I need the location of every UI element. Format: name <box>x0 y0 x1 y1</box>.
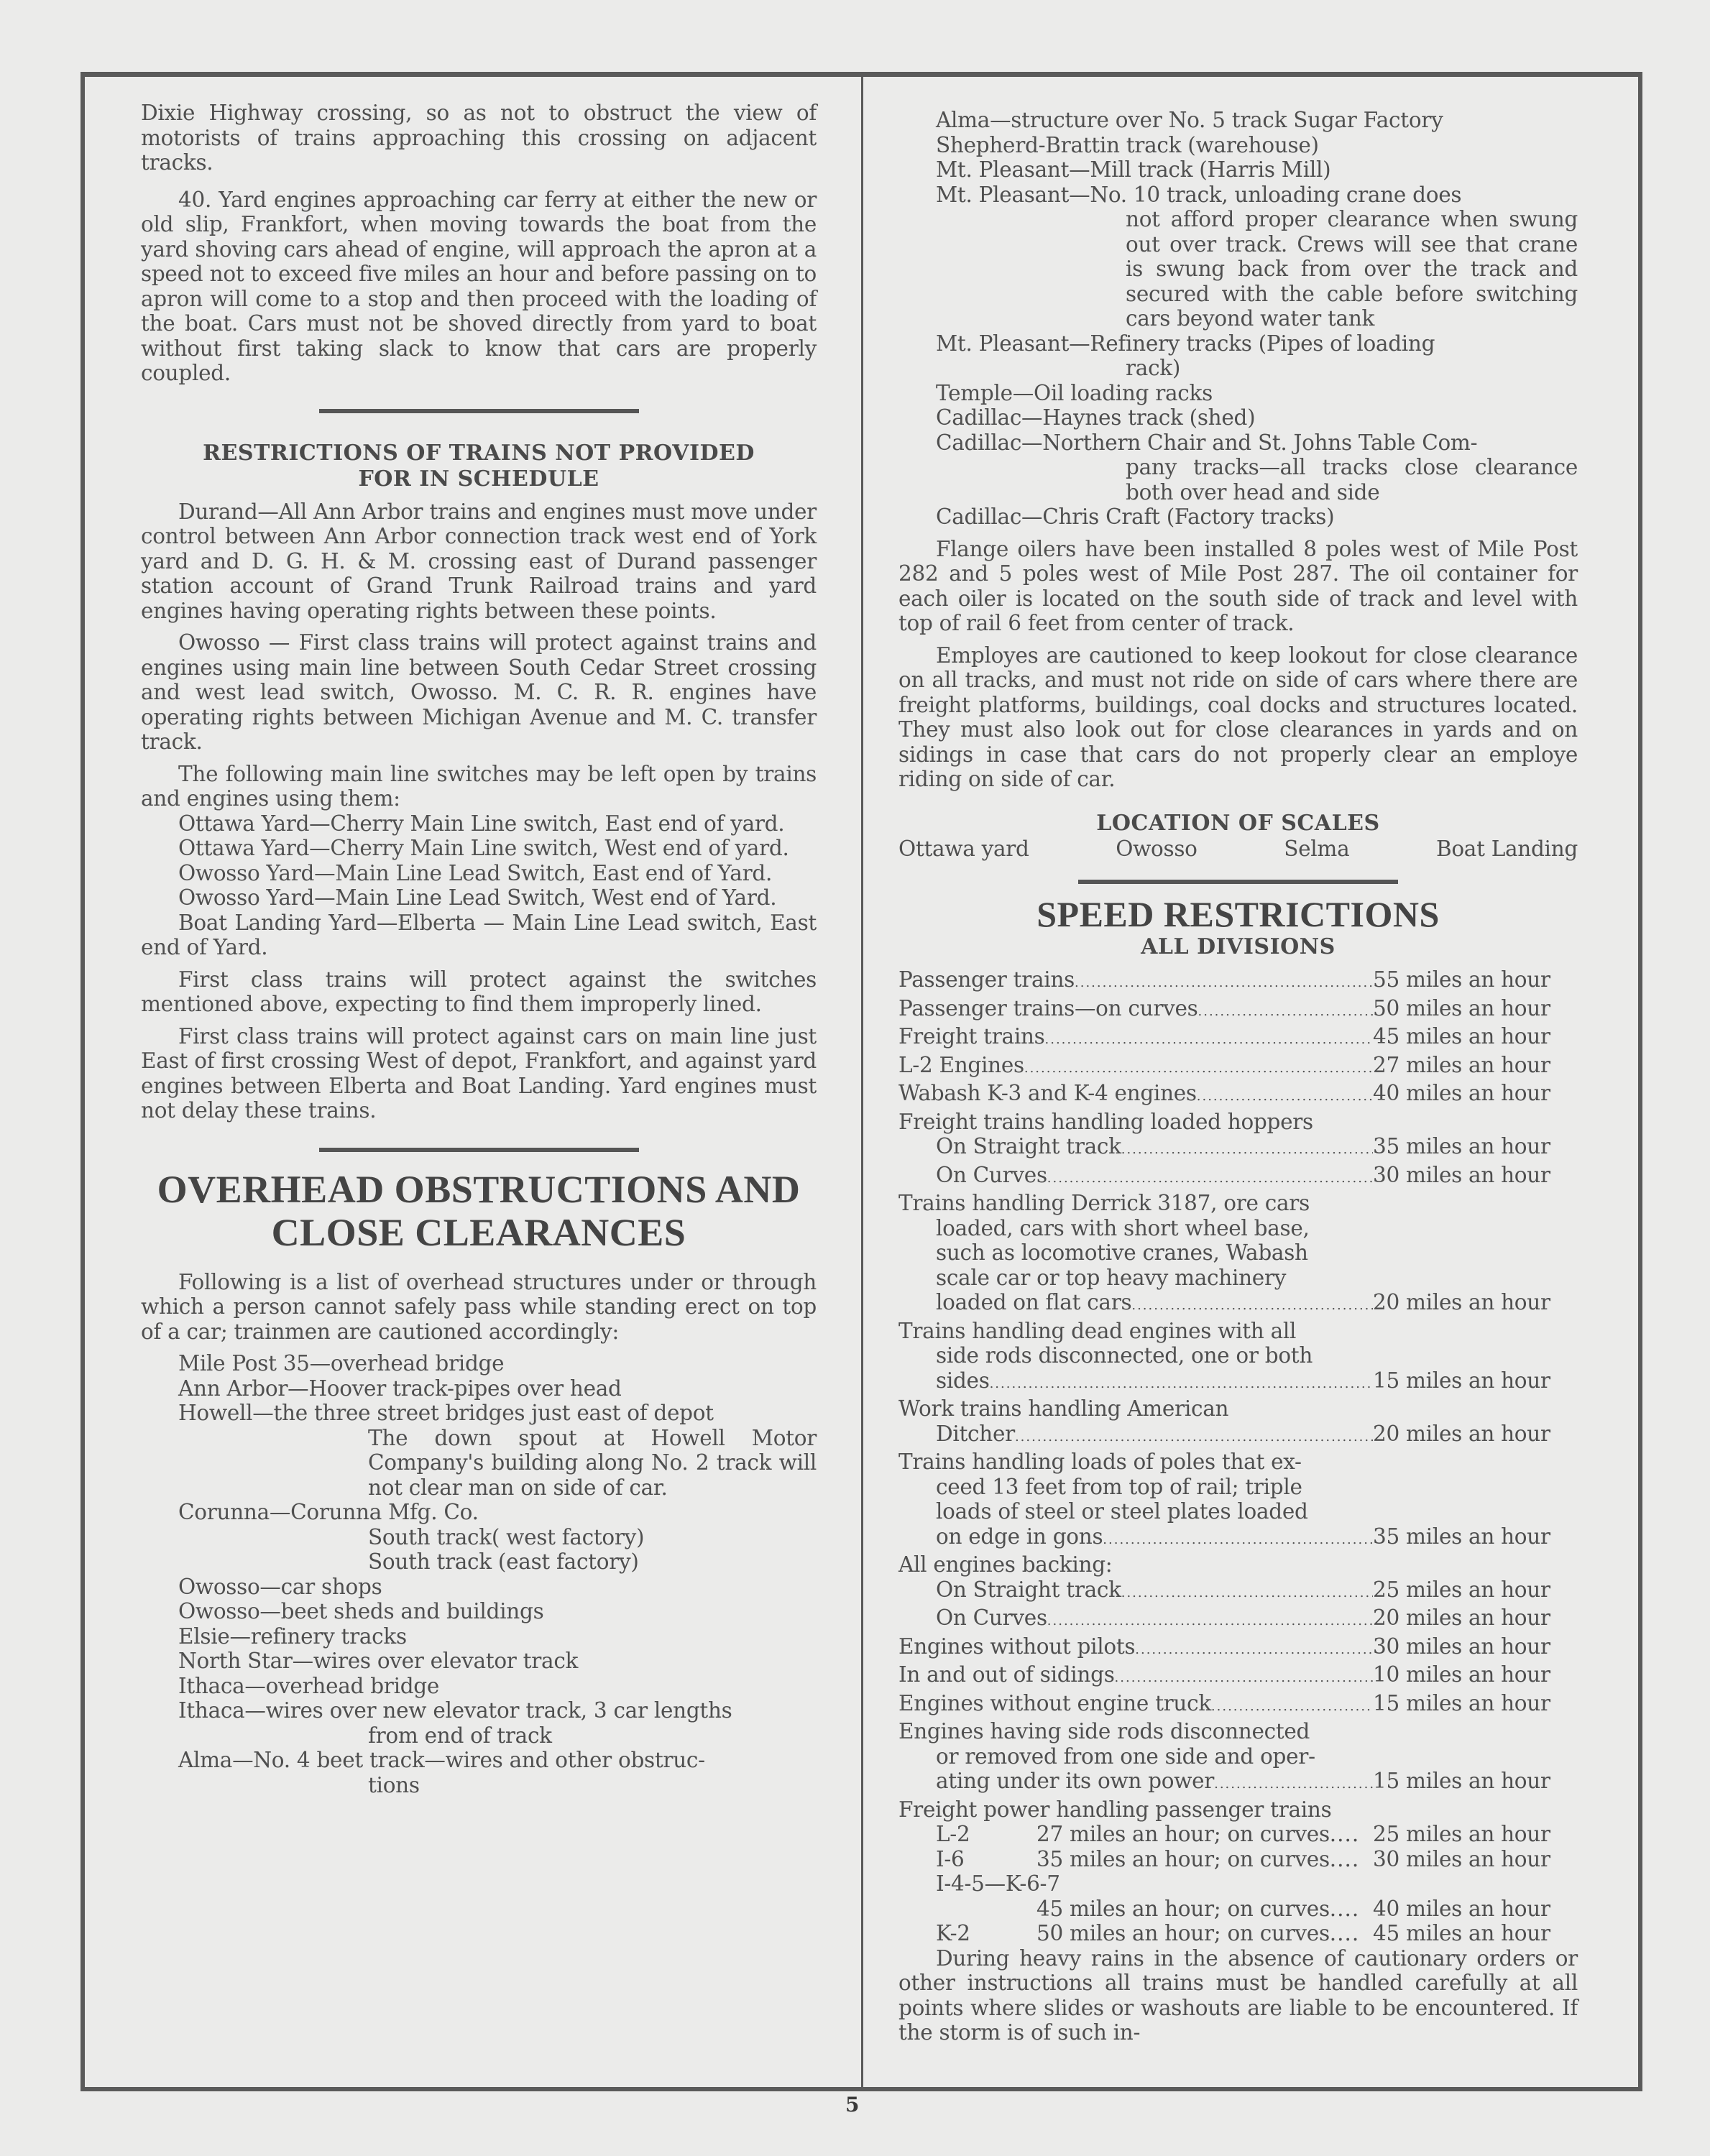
overhead-list: Mile Post 35—overhead bridgeAnn Arbor—Ho… <box>141 1351 817 1797</box>
obstruction-location: Alma—No. 4 beet track—wires and other ob… <box>178 1748 817 1773</box>
dot-leader <box>1131 1290 1373 1319</box>
obstruction-location: Cadillac—Chris Craft (Factory tracks) <box>936 505 1578 530</box>
freight-power-row: I-4-5—K-6-7 <box>898 1871 1578 1897</box>
speed-value: 45 miles an hour <box>1373 1024 1578 1049</box>
speed-value: 30 miles an hour <box>1373 1163 1578 1188</box>
dot-leader <box>1047 1163 1373 1192</box>
obstruction-item: Ithaca—wires over new elevator track, 3 … <box>141 1698 817 1748</box>
speed-label: or removed from one side and oper- <box>898 1744 1578 1769</box>
obstruction-detail: pany tracks—all tracks close clearance b… <box>936 455 1578 505</box>
obstruction-item: Cadillac—Northern Chair and St. Johns Ta… <box>898 430 1578 505</box>
obstruction-location: Corunna—Corunna Mfg. Co. <box>178 1500 817 1525</box>
curve-speed: 45 miles an hour <box>1373 1921 1578 1946</box>
scale-location: Selma <box>1284 837 1349 862</box>
obstruction-item: Howell—the three street bridges just eas… <box>141 1401 817 1500</box>
speed-label: L-2 Engines <box>898 1053 1024 1078</box>
protect-switches-paragraph: First class trains will protect against … <box>141 967 817 1017</box>
obstruction-location: Mt. Pleasant—Refinery tracks (Pipes of l… <box>936 331 1578 356</box>
obstruction-item: Elsie—refinery tracks <box>141 1624 817 1649</box>
speed-row: Ditcher20 miles an hour <box>898 1422 1578 1450</box>
obstruction-item: Owosso—beet sheds and buildings <box>141 1599 817 1624</box>
engine-class: L-2 <box>936 1822 1036 1847</box>
overhead-intro: Following is a list of overhead structur… <box>141 1270 817 1345</box>
dot-leader <box>1198 996 1373 1025</box>
obstruction-detail: The down spout at Howell Motor Company's… <box>178 1426 817 1501</box>
obstruction-location: Owosso—beet sheds and buildings <box>178 1599 817 1624</box>
speed-label: On Straight track <box>936 1134 1121 1159</box>
switch-item: Ottawa Yard—Cherry Main Line switch, Wes… <box>141 836 817 861</box>
obstruction-location: Ithaca—wires over new elevator track, 3 … <box>178 1698 817 1723</box>
freight-power-row: L-227 miles an hour; on curves....25 mil… <box>898 1822 1578 1847</box>
speed-value: 15 miles an hour <box>1373 1691 1578 1716</box>
speed-label: Freight power handling passenger trains <box>898 1797 1578 1823</box>
speed-table: Passenger trains55 miles an hourPassenge… <box>898 967 1578 1822</box>
speed-row: on edge in gons35 miles an hour <box>898 1524 1578 1553</box>
dot-leader <box>1121 1134 1373 1163</box>
engine-speed-group: 35 miles an hour; on curves.... <box>1036 1847 1373 1872</box>
switch-list: Ottawa Yard—Cherry Main Line switch, Eas… <box>141 811 817 960</box>
switches-intro: The following main line switches may be … <box>141 762 817 811</box>
speed-label: Wabash K-3 and K-4 engines <box>898 1081 1197 1106</box>
speed-label: scale car or top heavy machinery <box>898 1266 1578 1291</box>
dot-leader: .... <box>1330 1822 1360 1846</box>
speed-label: ating under its own power <box>936 1769 1214 1794</box>
obstruction-location: Ann Arbor—Hoover track-pipes over head <box>178 1376 817 1401</box>
flange-oilers-paragraph: Flange oilers have been installed 8 pole… <box>898 537 1578 636</box>
switch-item: Owosso Yard—Main Line Lead Switch, East … <box>141 861 817 886</box>
scale-location: Ottawa yard <box>898 837 1029 862</box>
speed-row: Passenger trains—on curves50 miles an ho… <box>898 996 1578 1025</box>
curve-speed: 40 miles an hour <box>1373 1897 1578 1922</box>
obstruction-location: Elsie—refinery tracks <box>178 1624 817 1649</box>
dot-leader <box>1214 1769 1373 1797</box>
protect-cars-paragraph: First class trains will protect against … <box>141 1024 817 1123</box>
obstruction-location: Cadillac—Northern Chair and St. Johns Ta… <box>936 430 1578 456</box>
dot-leader <box>1121 1577 1373 1606</box>
switch-item: Boat Landing Yard—Elberta — Main Line Le… <box>141 911 817 960</box>
engine-speed: 50 miles an hour; on curves <box>1036 1921 1330 1945</box>
obstruction-location: Owosso—car shops <box>178 1575 817 1600</box>
dot-leader <box>990 1368 1373 1397</box>
obstruction-location: Mt. Pleasant—Mill track (Harris Mill) <box>936 157 1578 183</box>
overhead-heading-line2: CLOSE CLEARANCES <box>272 1211 686 1254</box>
dot-leader <box>1047 1606 1373 1634</box>
dot-leader <box>1024 1053 1373 1082</box>
obstruction-item: Owosso—car shops <box>141 1575 817 1600</box>
speed-label: Trains handling loads of poles that ex- <box>898 1450 1578 1475</box>
speed-label: Freight trains handling loaded hoppers <box>898 1110 1578 1135</box>
left-column: Dixie Highway crossing, so as not to obs… <box>141 101 817 1797</box>
speed-label: All engines backing: <box>898 1552 1578 1577</box>
owosso-paragraph: Owosso — First class trains will protect… <box>141 630 817 755</box>
obstruction-item: Temple—Oil loading racks <box>898 381 1578 406</box>
speed-value: 20 miles an hour <box>1373 1290 1578 1315</box>
speed-heading: SPEED RESTRICTIONS <box>898 894 1578 934</box>
right-column: Alma—structure over No. 5 track Sugar Fa… <box>898 108 1578 2045</box>
engine-speed: 45 miles an hour; on curves <box>1036 1897 1330 1921</box>
speed-label: On Curves <box>936 1163 1047 1188</box>
speed-value: 25 miles an hour <box>1373 1577 1578 1603</box>
obstruction-item: Mt. Pleasant—No. 10 track, unloading cra… <box>898 183 1578 331</box>
speed-row: On Curves30 miles an hour <box>898 1163 1578 1192</box>
speed-label: Engines without engine truck <box>898 1691 1211 1716</box>
speed-row: In and out of sidings10 miles an hour <box>898 1662 1578 1691</box>
speed-subheading: ALL DIVISIONS <box>898 934 1578 960</box>
obstruction-location: Temple—Oil loading racks <box>936 381 1578 406</box>
obstruction-item: Cadillac—Haynes track (shed) <box>898 405 1578 430</box>
speed-label: Freight trains <box>898 1024 1045 1049</box>
speed-label: Passenger trains <box>898 967 1075 992</box>
speed-label: In and out of sidings <box>898 1662 1115 1687</box>
engine-class: K-2 <box>936 1921 1036 1946</box>
engine-class: I-6 <box>936 1847 1036 1872</box>
speed-row: ating under its own power15 miles an hou… <box>898 1769 1578 1797</box>
freight-power-table: L-227 miles an hour; on curves....25 mil… <box>898 1822 1578 1946</box>
obstruction-item: Shepherd-Brattin track (warehouse) <box>898 133 1578 158</box>
speed-value: 10 miles an hour <box>1373 1662 1578 1687</box>
spacer <box>898 530 1578 537</box>
obstruction-location: Ithaca—overhead bridge <box>178 1674 817 1699</box>
restrictions-heading-line1: RESTRICTIONS OF TRAINS NOT PROVIDED <box>203 441 755 466</box>
overhead-list-continued: Alma—structure over No. 5 track Sugar Fa… <box>898 108 1578 537</box>
obstruction-location: Howell—the three street bridges just eas… <box>178 1401 817 1426</box>
column-divider <box>861 76 863 2088</box>
speed-row: Freight trains45 miles an hour <box>898 1024 1578 1053</box>
durand-paragraph: Durand—All Ann Arbor trains and engines … <box>141 499 817 624</box>
obstruction-location: North Star—wires over elevator track <box>178 1649 817 1674</box>
speed-row: On Curves20 miles an hour <box>898 1606 1578 1634</box>
dot-leader: .... <box>1330 1897 1360 1921</box>
engine-speed: 27 miles an hour; on curves <box>1036 1822 1330 1846</box>
heavy-rains-paragraph: During heavy rains in the absence of cau… <box>898 1946 1578 2045</box>
speed-value: 55 miles an hour <box>1373 967 1578 992</box>
obstruction-item: Cadillac—Chris Craft (Factory tracks) <box>898 505 1578 530</box>
engine-speed-group: 45 miles an hour; on curves.... <box>1036 1897 1373 1922</box>
engine-speed-group: 50 miles an hour; on curves.... <box>1036 1921 1373 1946</box>
scales-list: Ottawa yardOwossoSelmaBoat Landing <box>898 837 1578 862</box>
speed-row: sides15 miles an hour <box>898 1368 1578 1397</box>
employes-caution-paragraph: Employes are cautioned to keep lookout f… <box>898 643 1578 792</box>
obstruction-detail: South track (east factory) <box>178 1549 817 1575</box>
obstruction-item: Alma—structure over No. 5 track Sugar Fa… <box>898 108 1578 133</box>
dot-leader <box>1115 1662 1373 1691</box>
speed-value: 15 miles an hour <box>1373 1368 1578 1393</box>
speed-label: Engines having side rods disconnected <box>898 1719 1578 1744</box>
speed-label: ceed 13 feet from top of rail; triple <box>898 1475 1578 1500</box>
continued-paragraph: Dixie Highway crossing, so as not to obs… <box>141 101 817 175</box>
speed-label: such as locomotive cranes, Wabash <box>898 1240 1578 1266</box>
restrictions-heading-line2: FOR IN SCHEDULE <box>358 466 599 492</box>
curve-speed: 25 miles an hour <box>1373 1822 1578 1847</box>
speed-value: 30 miles an hour <box>1373 1634 1578 1659</box>
freight-power-row: I-635 miles an hour; on curves....30 mil… <box>898 1847 1578 1872</box>
freight-power-row: 45 miles an hour; on curves....40 miles … <box>898 1897 1578 1922</box>
switch-item: Ottawa Yard—Cherry Main Line switch, Eas… <box>141 811 817 837</box>
overhead-heading-line1: OVERHEAD OBSTRUCTIONS AND <box>157 1168 801 1211</box>
speed-row: loaded on flat cars20 miles an hour <box>898 1290 1578 1319</box>
obstruction-location: Mt. Pleasant—No. 10 track, unloading cra… <box>936 183 1578 208</box>
dot-leader <box>1075 967 1373 996</box>
obstruction-location: Cadillac—Haynes track (shed) <box>936 405 1578 430</box>
restrictions-heading: RESTRICTIONS OF TRAINS NOT PROVIDED FOR … <box>141 441 817 492</box>
speed-label: On Curves <box>936 1606 1047 1631</box>
speed-row: Engines without pilots30 miles an hour <box>898 1634 1578 1663</box>
speed-value: 20 miles an hour <box>1373 1606 1578 1631</box>
speed-row: Passenger trains55 miles an hour <box>898 967 1578 996</box>
dot-leader <box>1135 1634 1373 1663</box>
speed-label: Work trains handling American <box>898 1396 1578 1422</box>
obstruction-location: Shepherd-Brattin track (warehouse) <box>936 133 1578 158</box>
speed-label: On Straight track <box>936 1577 1121 1603</box>
speed-label: Engines without pilots <box>898 1634 1135 1659</box>
obstruction-item: Alma—No. 4 beet track—wires and other ob… <box>141 1748 817 1797</box>
speed-value: 27 miles an hour <box>1373 1053 1578 1078</box>
scale-location: Boat Landing <box>1436 837 1578 862</box>
obstruction-item: Mile Post 35—overhead bridge <box>141 1351 817 1376</box>
freight-power-row: K-250 miles an hour; on curves....45 mil… <box>898 1921 1578 1946</box>
rule-40-paragraph: 40. Yard engines approaching car ferry a… <box>141 188 817 386</box>
speed-label: Trains handling dead engines with all <box>898 1319 1578 1344</box>
speed-row: Engines without engine truck15 miles an … <box>898 1691 1578 1720</box>
switch-item: Owosso Yard—Main Line Lead Switch, West … <box>141 885 817 911</box>
obstruction-item: Mt. Pleasant—Mill track (Harris Mill) <box>898 157 1578 183</box>
speed-row: On Straight track25 miles an hour <box>898 1577 1578 1606</box>
speed-value: 40 miles an hour <box>1373 1081 1578 1106</box>
obstruction-item: Mt. Pleasant—Refinery tracks (Pipes of l… <box>898 331 1578 381</box>
obstruction-detail: from end of track <box>178 1723 817 1749</box>
engine-speed-group: 27 miles an hour; on curves.... <box>1036 1822 1373 1847</box>
obstruction-detail: South track( west factory) <box>178 1525 817 1550</box>
speed-row: L-2 Engines27 miles an hour <box>898 1053 1578 1082</box>
speed-row: On Straight track35 miles an hour <box>898 1134 1578 1163</box>
speed-label: on edge in gons <box>936 1524 1103 1549</box>
overhead-heading: OVERHEAD OBSTRUCTIONS AND CLOSE CLEARANC… <box>141 1168 817 1254</box>
speed-label: loads of steel or steel plates loaded <box>898 1499 1578 1524</box>
scale-location: Owosso <box>1116 837 1197 862</box>
obstruction-detail: not afford proper clearance when swung o… <box>936 207 1578 331</box>
speed-value: 35 miles an hour <box>1373 1134 1578 1159</box>
obstruction-item: North Star—wires over elevator track <box>141 1649 817 1674</box>
page-number: 5 <box>845 2093 859 2116</box>
obstruction-item: Ithaca—overhead bridge <box>141 1674 817 1699</box>
dot-leader <box>1197 1081 1373 1110</box>
speed-value: 35 miles an hour <box>1373 1524 1578 1549</box>
speed-label: sides <box>936 1368 990 1393</box>
dot-leader: .... <box>1330 1847 1360 1871</box>
speed-label: loaded, cars with short wheel base, <box>898 1216 1578 1241</box>
obstruction-item: Ann Arbor—Hoover track-pipes over head <box>141 1376 817 1401</box>
speed-label: Ditcher <box>936 1422 1015 1447</box>
speed-label: loaded on flat cars <box>936 1290 1131 1315</box>
obstruction-detail: rack) <box>936 356 1578 381</box>
dot-leader <box>1103 1524 1373 1553</box>
obstruction-detail: tions <box>178 1773 817 1798</box>
speed-value: 20 miles an hour <box>1373 1422 1578 1447</box>
curve-speed: 30 miles an hour <box>1373 1847 1578 1872</box>
speed-value: 15 miles an hour <box>1373 1769 1578 1794</box>
dot-leader <box>1015 1422 1373 1450</box>
speed-value: 50 miles an hour <box>1373 996 1578 1021</box>
dot-leader <box>1211 1691 1373 1720</box>
obstruction-location: Mile Post 35—overhead bridge <box>178 1351 817 1376</box>
speed-row: Wabash K-3 and K-4 engines40 miles an ho… <box>898 1081 1578 1110</box>
scales-heading: LOCATION OF SCALES <box>898 811 1578 837</box>
speed-label: Passenger trains—on curves <box>898 996 1198 1021</box>
engine-class: I-4-5—K-6-7 <box>936 1871 1060 1897</box>
obstruction-item: Corunna—Corunna Mfg. Co.South track( wes… <box>141 1500 817 1575</box>
dot-leader: .... <box>1330 1921 1360 1945</box>
obstruction-location: Alma—structure over No. 5 track Sugar Fa… <box>936 108 1578 133</box>
speed-label: side rods disconnected, one or both <box>898 1343 1578 1368</box>
speed-label: Trains handling Derrick 3187, ore cars <box>898 1191 1578 1216</box>
engine-speed: 35 miles an hour; on curves <box>1036 1847 1330 1871</box>
dot-leader <box>1045 1024 1374 1053</box>
